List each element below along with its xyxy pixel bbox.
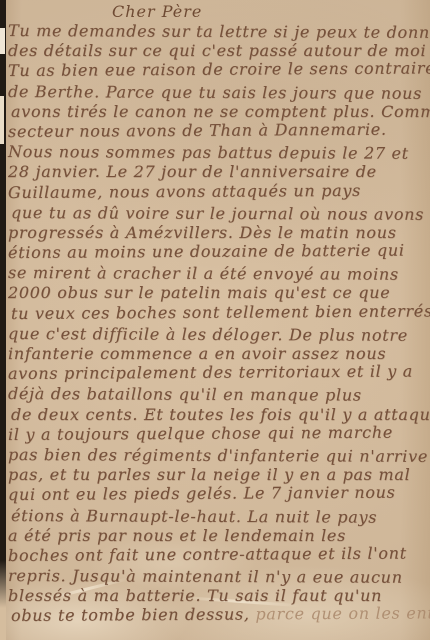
letter-line: pas bien des régiments d'infanterie qui …: [8, 445, 426, 467]
letter-line: tu veux ces boches sont tellement bien e…: [8, 301, 426, 324]
salutation: Cher Père: [112, 2, 202, 21]
letter-line-last: obus te tombe bien dessus, parce que on …: [8, 604, 426, 627]
letter-line: Tu as bien eue raison de croire le sens …: [8, 59, 426, 82]
letter-page: Cher Père Tu me demandes sur ta lettre s…: [0, 0, 430, 640]
letter-line: qui ont eu les pieds gelés. Le 7 janvier…: [8, 483, 426, 506]
letter-body: Tu me demandes sur ta lettre si je peux …: [8, 21, 426, 627]
letter-line-last-faint: parce que on les entend: [255, 604, 430, 624]
letter-line: 2000 obus sur le patelin mais qu'est ce …: [8, 283, 426, 303]
letter-line: boches ont fait une contre-attaque et il…: [8, 543, 426, 566]
letter-line: avons principalement des territoriaux et…: [8, 362, 426, 385]
letter-line: étions au moins une douzaine de batterie…: [8, 241, 426, 264]
letter-line: que tu as dû voire sur le journal où nou…: [8, 203, 426, 225]
letter-line: de deux cents. Et toutes les fois qu'il …: [8, 405, 426, 425]
letter-line: Nous nous sommes pas battus depuis le 27…: [8, 142, 426, 164]
scan-edge-gap: [0, 96, 4, 144]
letter-line: Guillaume, nous avons attaqués un pays: [8, 180, 426, 203]
letter-line: secteur nous avons de Than à Dannemarie.: [8, 119, 426, 142]
letter-line: repris. Jusqu'à maintenant il n'y a eue …: [8, 566, 426, 588]
letter-line: de Berthe. Parce que tu sais les jours q…: [8, 82, 426, 104]
letter-line: déjà des bataillons qu'il en manque plus: [8, 384, 426, 406]
scan-edge-gap: [0, 28, 5, 54]
letter-line: 28 janvier. Le 27 jour de l'anniversaire…: [8, 162, 426, 182]
letter-line: il y a toujours quelque chose qui ne mar…: [8, 422, 426, 445]
letter-line: étions à Burnaupt-le-haut. La nuit le pa…: [8, 506, 426, 528]
scan-edge-fade: [0, 560, 6, 640]
letter-line: Tu me demandes sur ta lettre si je peux …: [8, 21, 426, 43]
letter-line-last-main: obus te tombe bien dessus,: [11, 605, 256, 625]
letter-line: se mirent à cracher il a été envoyé au m…: [8, 263, 426, 285]
letter-line: que c'est difficile à les déloger. De pl…: [8, 324, 426, 346]
